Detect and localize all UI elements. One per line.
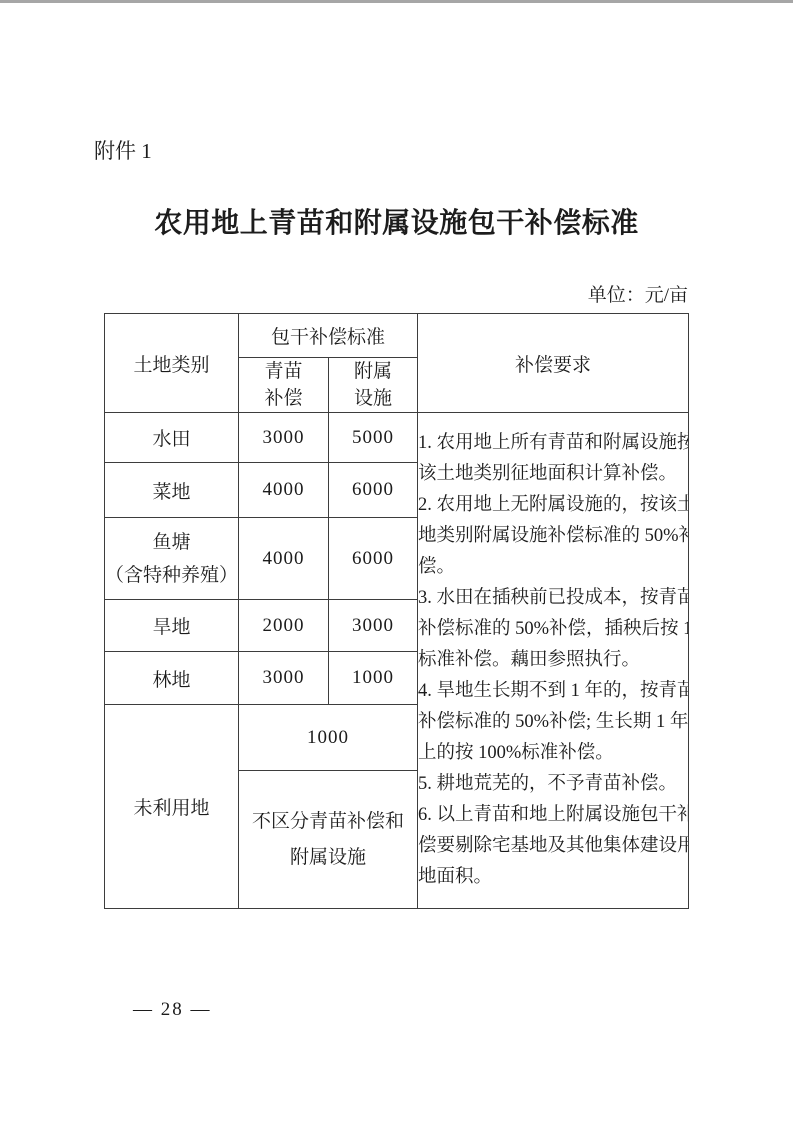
requirement-line: 标准补偿。藕田参照执行。 bbox=[418, 645, 688, 676]
requirement-line: 5. 耕地荒芜的，不予青苗补偿。 bbox=[418, 769, 688, 800]
requirement-line: 偿要剔除宅基地及其他集体建设用 bbox=[418, 831, 688, 862]
page-number: — 28 — bbox=[133, 999, 212, 1021]
header-land-category: 土地类别 bbox=[105, 314, 239, 413]
land-type-cell: 菜地 bbox=[105, 463, 239, 518]
land-type-cell: 鱼塘 （含特种养殖） bbox=[105, 518, 239, 600]
requirement-line: 补偿标准的 50%补偿，插秧后按 100% bbox=[418, 614, 688, 645]
facilities-value: 5000 bbox=[329, 413, 418, 463]
unused-land-merged-value: 1000 bbox=[239, 705, 418, 771]
requirement-line: 该土地类别征地面积计算补偿。 bbox=[418, 459, 688, 490]
green-crop-value: 3000 bbox=[239, 413, 329, 463]
facilities-value: 3000 bbox=[329, 600, 418, 652]
page-title: 农用地上青苗和附属设施包干补偿标准 bbox=[0, 201, 793, 241]
compensation-table: 土地类别 包干补偿标准 补偿要求 青苗 补偿 附属 设施 水田 3000 500… bbox=[104, 313, 689, 909]
facilities-value: 1000 bbox=[329, 652, 418, 705]
requirement-line: 6. 以上青苗和地上附属设施包干补 bbox=[418, 800, 688, 831]
attachment-label: 附件 1 bbox=[94, 135, 152, 165]
requirement-line: 上的按 100%标准补偿。 bbox=[418, 738, 688, 769]
green-crop-value: 3000 bbox=[239, 652, 329, 705]
requirement-line: 2. 农用地上无附属设施的，按该土 bbox=[418, 490, 688, 521]
unit-label: 单位：元/亩 bbox=[588, 280, 688, 307]
requirement-line: 3. 水田在插秧前已投成本，按青苗 bbox=[418, 583, 688, 614]
requirements-cell: 1. 农用地上所有青苗和附属设施按 该土地类别征地面积计算补偿。 2. 农用地上… bbox=[418, 413, 689, 909]
requirement-line: 地面积。 bbox=[418, 862, 688, 893]
table-row: 水田 3000 5000 1. 农用地上所有青苗和附属设施按 该土地类别征地面积… bbox=[105, 413, 689, 463]
document-page: { "page": { "attachment_label": "附件 1", … bbox=[0, 0, 793, 1122]
header-requirements: 补偿要求 bbox=[418, 314, 689, 413]
requirement-line: 1. 农用地上所有青苗和附属设施按 bbox=[418, 428, 688, 459]
requirement-line: 4. 旱地生长期不到 1 年的，按青苗 bbox=[418, 676, 688, 707]
green-crop-value: 4000 bbox=[239, 518, 329, 600]
requirement-line: 地类别附属设施补偿标准的 50%补 bbox=[418, 521, 688, 552]
requirement-line: 偿。 bbox=[418, 552, 688, 583]
land-type-cell: 旱地 bbox=[105, 600, 239, 652]
green-crop-value: 4000 bbox=[239, 463, 329, 518]
header-attached-facilities: 附属 设施 bbox=[329, 358, 418, 413]
requirement-line: 补偿标准的 50%补偿; 生长期 1 年以 bbox=[418, 707, 688, 738]
land-type-cell: 水田 bbox=[105, 413, 239, 463]
green-crop-value: 2000 bbox=[239, 600, 329, 652]
unused-land-merged-note: 不区分青苗补偿和 附属设施 bbox=[239, 771, 418, 909]
facilities-value: 6000 bbox=[329, 463, 418, 518]
facilities-value: 6000 bbox=[329, 518, 418, 600]
header-green-crop: 青苗 补偿 bbox=[239, 358, 329, 413]
land-type-cell: 林地 bbox=[105, 652, 239, 705]
land-type-cell-unused-land: 未利用地 bbox=[105, 705, 239, 909]
header-lump-sum-standard: 包干补偿标准 bbox=[239, 314, 418, 358]
scan-edge-artifact bbox=[0, 0, 793, 3]
